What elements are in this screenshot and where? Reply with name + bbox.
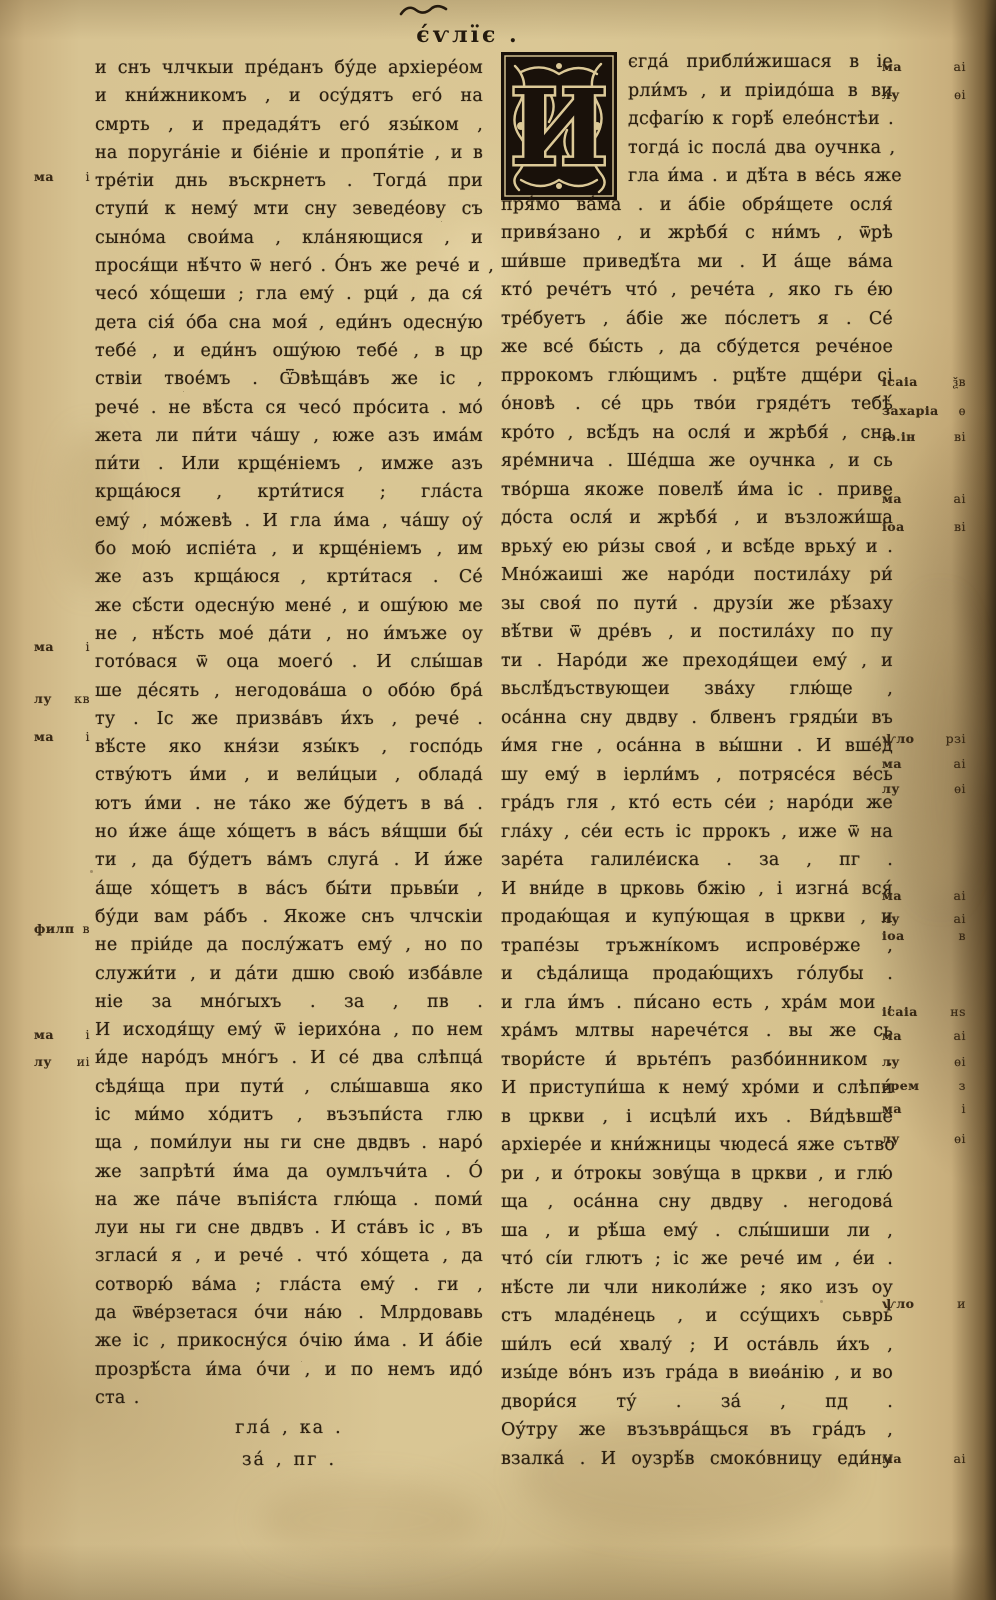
margin-cross-reference: іо.інві [882, 430, 966, 444]
text-line: рли́мъ , и пріидо́ша в ви [501, 77, 893, 106]
text-line: продаю́щая и купу́ющая в цркви , и [501, 903, 893, 932]
text-line: И вни́де в црковь бжію , і изгна́ вся́ [501, 875, 893, 904]
text-line: ти , да бу́детъ ва́мъ слуга́ . И и́же [95, 846, 483, 874]
text-line: хра́мъ млтвы нарече́тся . вы же сь [501, 1017, 893, 1046]
text-line: ри , и о́трокы зову́ща в цркви , и глю́ [501, 1160, 893, 1189]
text-line: оса́нна сну двдву . блвенъ гряды́и въ [501, 704, 893, 733]
text-line: что́ сі́и глютъ ; іс же рече́ им , е́и . [501, 1245, 893, 1274]
text-line: ста . [95, 1384, 483, 1412]
reference-book: захаріа [882, 404, 939, 418]
text-line: и гла и́мъ . пи́сано есть , хра́м мои , [501, 989, 893, 1018]
text-line: и снъ члчкыи пре́данъ бу́де архіере́ом [95, 54, 483, 82]
text-line: дсфагі́ю к горѣ́ елео́нстѣи . [501, 105, 893, 134]
text-line: но и́же а́ще хо́щетъ в ва́съ вя́щши бы́ [95, 818, 483, 846]
reference-book: лу [882, 1132, 900, 1146]
text-line: служи́ти , и да́ти дшю свою́ изба́вле [95, 960, 483, 988]
text-line: И приступи́ша к нему́ хро́ми и слѣпи́ [501, 1074, 893, 1103]
margin-cross-reference: ѱлорзі [882, 732, 966, 746]
text-line: чесо́ хо́щеши ; гла ему́ . рци́ , да ся́ [95, 280, 483, 308]
text-line: ща , оса́нна сну двдву . негодова́ [501, 1188, 893, 1217]
text-line: шу ему́ в іерли́мъ , потрясе́ся ве́сь [501, 761, 893, 790]
margin-cross-reference: еремз [882, 1079, 966, 1093]
text-line: и кни́жникомъ , и осу́дятъ его́ на [95, 82, 483, 110]
reference-book: филп [34, 922, 75, 936]
text-line: же азъ крща́юся , крти́тася . Се́ [95, 563, 483, 591]
text-line: да ѿве́рзетася о́чи на́ю . Млрдовавь [95, 1299, 483, 1327]
reference-book: лу [882, 912, 900, 926]
margin-cross-reference: мааі [882, 757, 966, 771]
running-title: є́ѵлїє . [388, 22, 548, 48]
text-line: ши́лъ еси́ хвалу́ ; И оста́вль и́хъ , [501, 1331, 893, 1360]
reference-number: аі [954, 492, 966, 506]
text-line: сотворю́ ва́ма ; гла́ста ему́ . ги , [95, 1271, 483, 1299]
text-line: на же па́че въпія́ста глю́ща . поми́ [95, 1186, 483, 1214]
text-line: ступи́ к нему́ мти сну зеведе́ову съ [95, 195, 483, 223]
margin-cross-reference: филпв [34, 922, 90, 936]
text-line: смрть , и предадя́тъ его́ язы́ком , [95, 111, 483, 139]
text-line: єгда́ прибли́жишася в іе [501, 48, 893, 77]
reference-number: ѳі [954, 1055, 966, 1069]
text-line: тогда́ іс посла́ два оучнка , [501, 134, 893, 163]
margin-cross-reference: маі [34, 640, 90, 654]
paper-stain [905, 600, 975, 900]
text-line: ши́вше приведѣ́та ми . И а́ще ва́ма [501, 248, 893, 277]
reference-number: і [86, 730, 91, 744]
text-line: двори́ся ту́ . за́ , пд . [501, 1388, 893, 1417]
reference-number: ѳі [954, 1132, 966, 1146]
titlo-mark-icon [398, 2, 450, 22]
text-line: твори́сте и́ врьте́пъ разбо́инником . [501, 1046, 893, 1075]
book-page: є́ѵлїє . и снъ члчкыи пре́данъ бу́де арх… [0, 0, 996, 1600]
text-line: тре́тіи днь въскрнетъ . Тогда́ при [95, 167, 483, 195]
text-line: луи ны ги сне двдвъ . И ста́въ іс , въ [95, 1214, 483, 1242]
text-line: пря́мо ва́ма . и а́біе обря́щете осля́ [501, 191, 893, 220]
chapter-zachalo-line: гла́ , ка . [95, 1412, 483, 1444]
text-line: тре́буетъ , а́біе же по́слетъ я . Се́ [501, 305, 893, 334]
text-line: а́ще хо́щетъ в ва́съ бы́ти прьвы́и , [95, 875, 483, 903]
text-line: яре́мнича . Ше́дша же оучнка , и сь [501, 447, 893, 476]
reference-number: ѳі [954, 88, 966, 102]
margin-cross-reference: луѳі [882, 1132, 966, 1146]
text-line: згласи́ я , и рече́ . что́ хо́щета , да [95, 1242, 483, 1270]
reference-number: в [82, 922, 90, 936]
reference-book: ѱло [882, 1297, 914, 1311]
text-line: прозрѣ́ста и́ма о́чи , и по немъ идо́ [95, 1356, 483, 1384]
reference-number: аі [954, 1029, 966, 1043]
margin-cross-reference: мааі [882, 1452, 966, 1466]
reference-number: иі [77, 1055, 90, 1069]
text-line: на поруга́ніе и біе́ніе и пропя́тіе , и … [95, 139, 483, 167]
text-line: прося́щи нѣ́что ѿ него́ . О́нъ же рече́ … [95, 252, 483, 280]
reference-book: іоа [882, 520, 905, 534]
margin-cross-reference: луаі [882, 912, 966, 926]
text-line: ютъ и́ми . не та́ко же бу́детъ в ва́ . [95, 790, 483, 818]
text-line: бо мою́ испіе́та , и крще́ніемъ , им [95, 535, 483, 563]
text-line: до́ста осля́ и жрѣбя́ , и възложи́ша [501, 504, 893, 533]
reference-book: ма [34, 170, 54, 184]
reference-number: аі [954, 889, 966, 903]
text-line: И исходя́щу ему́ ѿ іерихо́на , по нем [95, 1016, 483, 1044]
reference-book: ма [882, 757, 902, 771]
reference-number: ѳі [954, 782, 966, 796]
text-line: крща́юся , крти́тися ; гла́ста [95, 478, 483, 506]
text-line: врьху́ ею ри́зы своя́ , и всѣ́де врьху́ … [501, 533, 893, 562]
text-line: рече́ . не вѣ́ста ся чесо́ про́сита . мо… [95, 394, 483, 422]
reference-number: ві [954, 430, 966, 444]
text-line: сыно́ма свои́ма , кла́няющися , и [95, 224, 483, 252]
text-line: вьслѣ́дъствующеи зва́ху глю́ще , [501, 675, 893, 704]
text-line: о́новѣ . се́ црь тво́и гряде́тъ тебѣ́ [501, 390, 893, 419]
reference-number: і [86, 170, 91, 184]
text-line: пи́ти . Или крще́ніемъ , имже азъ [95, 450, 483, 478]
reference-book: ма [882, 1452, 902, 1466]
text-line: ту . Іс же призва́въ и́хъ , рече́ . [95, 705, 483, 733]
text-line: зы своя́ по пути́ . друзі́и же рѣ́заху [501, 590, 893, 619]
reference-book: ісаіа [882, 375, 918, 389]
text-line: изы́де во́нъ изъ гра́да в виѳа́нію , и в… [501, 1359, 893, 1388]
text-line: же все́ бы́сть , да сбу́дется рече́ное [501, 333, 893, 362]
text-line: гла́ху , се́и есть іс пррокъ , иже ѿ на [501, 818, 893, 847]
reference-book: ма [34, 1028, 54, 1042]
reference-number: аі [954, 1452, 966, 1466]
reference-number: і [86, 1028, 91, 1042]
reference-book: ісаіа [882, 1005, 918, 1019]
reference-book: лу [882, 88, 900, 102]
reference-number: кв [74, 692, 90, 706]
reference-number: и [957, 1297, 966, 1311]
text-line: ніе за мно́гыхъ . за , пв . [95, 988, 483, 1016]
text-line: ствіи твое́мъ . Ѿвѣща́въ же іс , [95, 365, 483, 393]
text-line: сѣдя́ща при пути́ , слы́шавша яко [95, 1073, 483, 1101]
text-line: же сѣ́сти одесну́ю мене́ , и ошу́юю ме [95, 592, 483, 620]
verso-showthrough [260, 1480, 480, 1560]
reference-number: і [962, 1102, 967, 1116]
reference-book: лу [882, 782, 900, 796]
text-line: пррокомъ глю́щимъ . рцѣ́те дще́ри сі [501, 362, 893, 391]
margin-cross-reference: іоаві [882, 520, 966, 534]
reference-book: ма [882, 889, 902, 903]
text-line: вѣ́тви ѿ дре́въ , и постила́ху по пу [501, 618, 893, 647]
right-text-column: єгда́ прибли́жишася в іерли́мъ , и пріид… [501, 48, 893, 1473]
text-line: іс ми́мо хо́дитъ , възъпи́ста глю [95, 1101, 483, 1129]
text-line: тебе́ , и еди́нъ ошу́юю тебе́ , в цр [95, 337, 483, 365]
text-line: вѣ́сте яко кня́зи язы́къ , госпо́дь [95, 733, 483, 761]
text-line: и́мя гне , оса́нна в вы́шни . И вше́д [501, 732, 893, 761]
reference-number: нѕ [950, 1005, 966, 1019]
chapter-zachalo-line: за́ , пг . [95, 1444, 483, 1476]
text-line: же іс , прикосну́ся о́чію и́ма . И а́біе [95, 1327, 483, 1355]
reference-number: в [958, 929, 966, 943]
text-line: ству́ютъ и́ми , и вели́цыи , облада́ [95, 761, 483, 789]
margin-cross-reference: луѳі [882, 88, 966, 102]
text-line: ти . Наро́ди же преходя́щеи ему́ , и [501, 647, 893, 676]
reference-book: ма [882, 60, 902, 74]
text-line: стъ младе́нець , и ссу́щихъ сьврь [501, 1302, 893, 1331]
margin-cross-reference: маі [34, 1028, 90, 1042]
reference-book: ма [882, 1102, 902, 1116]
text-line: бу́ди вам ра́бъ . Якоже снъ члчскіи [95, 903, 483, 931]
text-line: ща , поми́луи ны ги сне двдвъ . наро́ [95, 1129, 483, 1157]
reference-number: аі [954, 60, 966, 74]
reference-book: іо.ін [882, 430, 916, 444]
text-line: нѣ́сте ли чли николи́же ; яко изъ оу [501, 1274, 893, 1303]
text-line: не , нѣ́сть мое́ да́ти , но и́мъже оу [95, 620, 483, 648]
margin-cross-reference: луѳі [882, 782, 966, 796]
text-line: кто́ рече́тъ что́ , рече́та , яко гь е́ю [501, 276, 893, 305]
reference-number: аі [954, 912, 966, 926]
margin-cross-reference: мааі [882, 1029, 966, 1043]
text-line: взалка́ . И оузрѣ́в смоко́вницу еди́ну [501, 1445, 893, 1474]
text-line: привя́зано , и жрѣбя́ с ни́мъ , ѿрѣ [501, 219, 893, 248]
text-line: не пріи́де да послу́жатъ ему́ , но по [95, 931, 483, 959]
margin-cross-reference: ісаіанѕ [882, 1005, 966, 1019]
reference-book: ерем [882, 1079, 920, 1093]
text-line: и́де наро́дъ мно́гъ . И се́ два слѣпца́ [95, 1044, 483, 1072]
text-line: архіере́е и кни́жницы чюдеса́ яже сътво [501, 1131, 893, 1160]
text-line: тво́рша якоже повелѣ́ и́ма іс . приве [501, 476, 893, 505]
reference-number: ві [954, 520, 966, 534]
text-line: трапе́зы тръжні́комъ испрове́рже , [501, 932, 893, 961]
margin-cross-reference: луѳі [882, 1055, 966, 1069]
margin-cross-reference: маі [34, 730, 90, 744]
text-line: кро́то , всѣ́дъ на осля́ и жрѣбя́ , сна [501, 419, 893, 448]
margin-cross-reference: луиі [34, 1055, 90, 1069]
margin-cross-reference: захаріаѳ [882, 404, 966, 418]
margin-cross-reference: маі [882, 1102, 966, 1116]
text-line: же запрѣти́ и́ма да оумлъчи́та . О́ [95, 1158, 483, 1186]
text-line: дета сія́ о́ба сна моя́ , еди́нъ одесну́… [95, 309, 483, 337]
margin-cross-reference: мааі [882, 492, 966, 506]
text-line: гла и́ма . и дѣ́та в ве́сь яже [501, 162, 893, 191]
text-line: и сѣда́лища продаю́щихъ го́лубы . [501, 960, 893, 989]
text-line: Оу́тру же възъвра́щься въ гра́дъ , [501, 1416, 893, 1445]
reference-book: ма [882, 492, 902, 506]
margin-cross-reference: іоав [882, 929, 966, 943]
reference-number: ѯв [953, 375, 966, 389]
reference-book: ма [34, 730, 54, 744]
reference-number: з [959, 1079, 966, 1093]
text-line: жета ли пи́ти ча́шу , юже азъ има́м [95, 422, 483, 450]
text-line: гра́дъ гля , кто́ есть се́и ; наро́ди же [501, 789, 893, 818]
reference-book: лу [34, 1055, 52, 1069]
reference-number: рзі [946, 732, 966, 746]
reference-number: і [86, 640, 91, 654]
reference-book: ма [882, 1029, 902, 1043]
reference-book: ма [34, 640, 54, 654]
text-line: ему́ , мо́жевѣ . И гла и́ма , ча́шу оу́ [95, 507, 483, 535]
text-line: заре́та галиле́иска . за , пг . [501, 846, 893, 875]
text-line: Мно́жаиші же наро́ди постила́ху ри́ [501, 561, 893, 590]
text-line: ше де́сять , негодова́ша о обо́ю бра́ [95, 677, 483, 705]
left-text-column: и снъ члчкыи пре́данъ бу́де архіере́оми … [95, 54, 483, 1476]
text-line: в цркви , і исцѣли́ ихъ . Ви́дѣвше [501, 1103, 893, 1132]
margin-cross-reference: ісаіаѯв [882, 375, 966, 389]
margin-cross-reference: мааі [882, 60, 966, 74]
text-line: гото́вася ѿ оца моего́ . И слы́шав [95, 648, 483, 676]
reference-book: лу [882, 1055, 900, 1069]
margin-cross-reference: лукв [34, 692, 90, 706]
text-line: ша , и рѣ́ша ему́ . слы́шиши ли , [501, 1217, 893, 1246]
reference-book: ѱло [882, 732, 914, 746]
reference-number: ѳ [959, 404, 966, 418]
margin-cross-reference: мааі [882, 889, 966, 903]
reference-number: аі [954, 757, 966, 771]
reference-book: іоа [882, 929, 905, 943]
reference-book: лу [34, 692, 52, 706]
margin-cross-reference: ѱлои [882, 1297, 966, 1311]
margin-cross-reference: маі [34, 170, 90, 184]
